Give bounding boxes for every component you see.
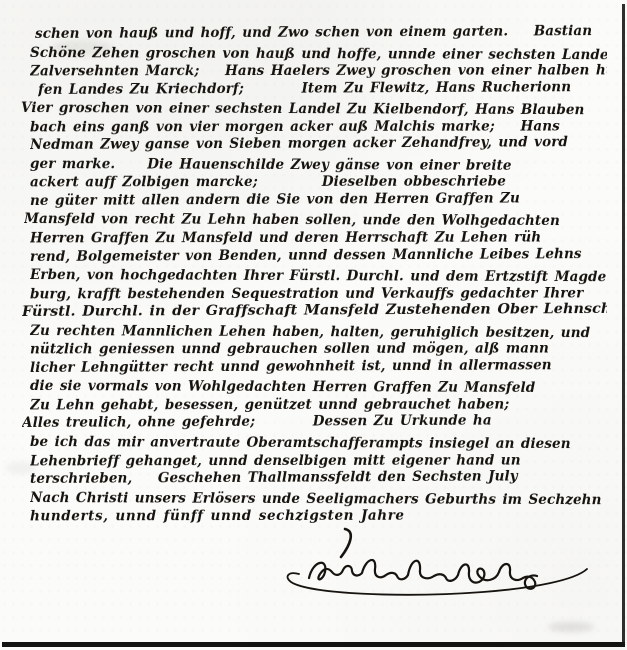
manuscript-line: schen von hauß und hoff, und Zwo schen v… — [35, 22, 607, 44]
manuscript-line: fen Landes Zu Kriechdorf; Item Zu Flewit… — [38, 78, 607, 100]
scanned-manuscript-page: schen von hauß und hoff, und Zwo schen v… — [0, 0, 627, 650]
manuscript-line: Alles treulich, ohne gefehrde; Dessen Zu… — [22, 411, 607, 433]
manuscript-line: licher Lehngütter recht unnd gewohnheit … — [30, 356, 607, 378]
manuscript-line: Nedman Zwey ganse von Sieben morgen acke… — [30, 133, 607, 155]
manuscript-line: terschrieben, Geschehen Thallmanssfeldt … — [30, 467, 607, 489]
manuscript-line: Fürstl. Durchl. in der Graffschaft Mansf… — [22, 300, 607, 322]
manuscript-line: rend, Bolgemeister von Benden, unnd dess… — [30, 245, 607, 267]
scan-shadow-bottom — [2, 642, 625, 647]
signature: Georg Friedrich … — [283, 520, 597, 604]
scan-smudge — [548, 622, 594, 632]
scan-shadow-right — [622, 4, 625, 647]
signature-flourish-icon — [283, 520, 597, 604]
manuscript-line: ne güter mitt allen andern die Sie von d… — [30, 189, 607, 211]
manuscript-text: schen von hauß und hoff, und Zwo schen v… — [30, 25, 607, 526]
